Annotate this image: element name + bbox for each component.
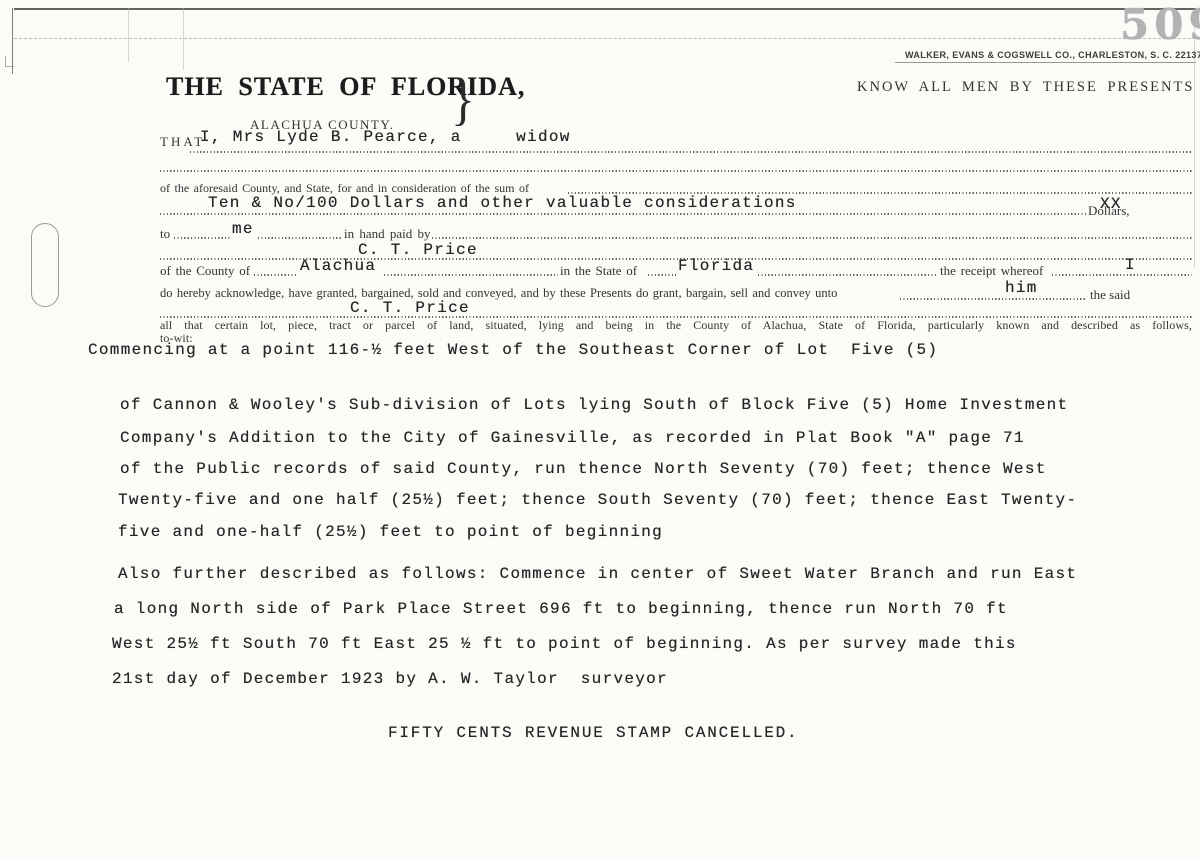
scan-artifact-line xyxy=(128,8,129,62)
in-hand-label: in hand paid by xyxy=(344,226,431,242)
mid-dashed-rule xyxy=(14,38,1196,39)
credit-underline-rule xyxy=(895,62,1196,63)
grantor-typed-entry: I, Mrs Lyde B. Pearce, a widow xyxy=(200,128,571,146)
legal-paragraph1-line: Company's Addition to the City of Gaines… xyxy=(120,429,1025,447)
dotted-leader xyxy=(160,213,1086,215)
dotted-leader xyxy=(1052,274,1192,276)
dotted-leader xyxy=(648,274,676,276)
paid-to-typed-entry: me xyxy=(232,220,254,238)
to-label: to xyxy=(160,226,170,242)
receipt-typed-entry: I xyxy=(1125,256,1136,274)
deed-record-page: 509 WALKER, EVANS & COGSWELL CO., CHARLE… xyxy=(0,0,1200,860)
binder-hole-outline xyxy=(31,223,59,307)
dotted-leader xyxy=(190,151,1192,153)
grant-clause: do hereby acknowledge, have granted, bar… xyxy=(160,286,837,301)
dotted-leader xyxy=(174,237,230,239)
legal-paragraph2-line: a long North side of Park Place Street 6… xyxy=(114,600,1008,618)
legal-paragraph2-line: 21st day of December 1923 by A. W. Taylo… xyxy=(112,670,668,688)
state-of-label: in the State of xyxy=(560,263,637,279)
legal-paragraph1-line: of the Public records of said County, ru… xyxy=(120,460,1047,478)
caption-know-all-men: KNOW ALL MEN BY THESE PRESENTS xyxy=(857,79,1194,96)
legal-commencing-line: Commencing at a point 116-½ feet West of… xyxy=(88,341,938,359)
that-label: THAT xyxy=(160,134,205,150)
revenue-stamp-line: FIFTY CENTS REVENUE STAMP CANCELLED. xyxy=(388,724,798,742)
printer-credit: WALKER, EVANS & COGSWELL CO., CHARLESTON… xyxy=(905,50,1200,60)
dotted-leader xyxy=(758,274,938,276)
grantee-typed-entry: C. T. Price xyxy=(350,299,470,317)
corner-mark xyxy=(5,56,14,67)
the-said-label: the said xyxy=(1090,287,1130,303)
county-of-label: of the County of xyxy=(160,263,250,279)
dotted-leader xyxy=(254,274,298,276)
legal-paragraph1-line: of Cannon & Wooley's Sub-division of Lot… xyxy=(120,396,1068,414)
state-typed-entry: Florida xyxy=(678,257,754,275)
legal-paragraph1-line: Twenty-five and one half (25½) feet; the… xyxy=(118,491,1077,509)
page-number-stamp: 509 xyxy=(1120,0,1200,49)
dotted-leader xyxy=(384,274,558,276)
consideration-typed-entry: Ten & No/100 Dollars and other valuable … xyxy=(208,194,797,212)
scan-artifact-line xyxy=(183,8,184,70)
unto-typed-entry: him xyxy=(1005,279,1038,297)
legal-paragraph2-line: West 25½ ft South 70 ft East 25 ½ ft to … xyxy=(112,635,1017,653)
amount-strike-typed: XX xyxy=(1100,195,1122,213)
dotted-leader xyxy=(258,237,342,239)
top-border-rule xyxy=(14,8,1196,10)
legal-paragraph1-line: five and one-half (25½) feet to point of… xyxy=(118,523,663,541)
legal-paragraph2-line: Also further described as follows: Comme… xyxy=(118,565,1077,583)
dotted-leader xyxy=(160,170,1192,172)
brace-glyph: } xyxy=(451,70,475,128)
description-intro: all that certain lot, piece, tract or pa… xyxy=(160,318,1192,333)
receipt-label: the receipt whereof xyxy=(940,263,1043,279)
dotted-leader xyxy=(900,298,1086,300)
dotted-leader xyxy=(432,237,1192,239)
county-typed-entry: Alachua xyxy=(300,257,376,275)
